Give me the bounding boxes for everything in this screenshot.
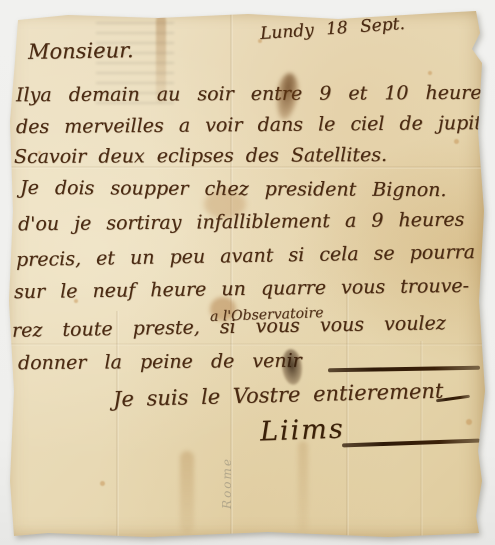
signature-flourish [342,439,480,447]
fold-crease-horizontal [8,343,486,346]
body-line: Ilya demain au soir entre 9 et 10 heures [16,82,491,106]
body-line: Je dois soupper chez president Bignon. [20,177,447,201]
stain-streak-bottom [298,441,308,531]
foxing-dot [466,419,472,425]
body-line: rez toute preste, si vous vous voulez [12,312,446,342]
body-line: Scavoir deux eclipses des Satellites. [14,144,387,168]
letter-paper: Lundy 18 Sept. Monsieur. Ilya demain au … [8,11,486,538]
stain-streak-bottom [180,451,194,533]
salutation: Monsieur. [28,38,134,64]
foxing-dot [100,481,105,486]
dateline: Lundy 18 Sept. [259,14,405,44]
pen-dash-flourish [328,366,480,373]
body-line: donner la peine de venir [18,350,302,374]
signature: Liims [259,414,345,448]
closing-line: Je suis le Vostre entierement [113,379,444,412]
foxing-dot [454,139,459,144]
body-line: d'ou je sortiray infalliblement a 9 heur… [18,209,465,236]
body-line: precis, et un peu avant si cela se pourr… [16,241,475,271]
pencil-note: Roome [220,457,234,509]
body-line: sur le neuf heure un quarre vous trouve- [14,275,469,303]
foxing-dot [428,71,432,75]
letter-scan: Lundy 18 Sept. Monsieur. Ilya demain au … [8,11,486,538]
body-line: des merveilles a voir dans le ciel de ju… [16,112,495,138]
